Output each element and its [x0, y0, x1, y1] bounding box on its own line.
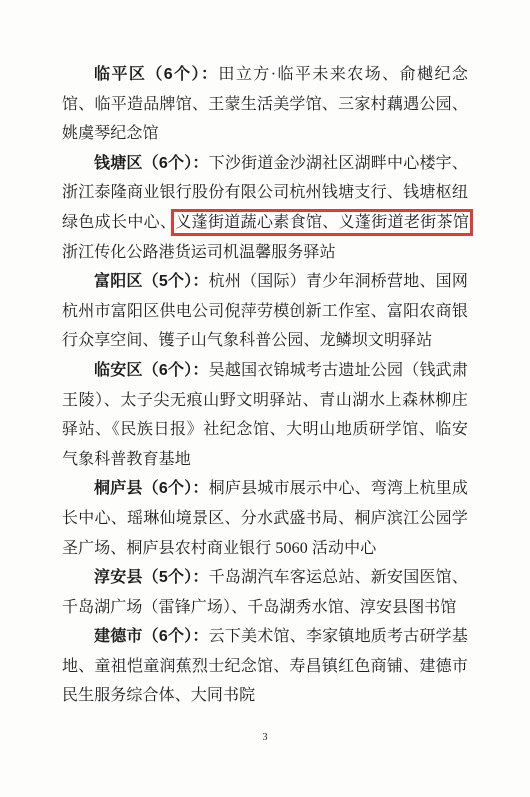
section-fuyang: 富阳区（5个）：杭州（国际）青少年洞桥营地、国网杭州市富阳区供电公司倪萍劳模创新…	[62, 267, 468, 356]
document-page: 临平区（6个）：田立方·临平未来农场、俞樾纪念馆、临平造品牌馆、王蒙生活美学馆、…	[0, 0, 530, 797]
section-header-fuyang: 富阳区（5个）：	[94, 273, 209, 290]
section-header-tonglu: 桐庐县（6个）：	[94, 480, 209, 497]
section-chunan: 淳安县（5个）：千岛湖汽车客运总站、新安国医馆、千岛湖广场（雷锋广场）、千岛湖秀…	[62, 563, 468, 622]
section-header-linping: 临平区（6个）：	[94, 66, 218, 83]
highlighted-text: 义蓬街道蔬心素食馆、义蓬街道老街茶馆	[175, 214, 469, 231]
section-header-chunan: 淳安县（5个）：	[94, 569, 209, 586]
page-number: 3	[0, 732, 530, 743]
highlight-box: 义蓬街道蔬心素食馆、义蓬街道老街茶馆	[171, 209, 473, 236]
section-jiande: 建德市（6个）：云下美术馆、李家镇地质考古研学基地、童祖恺童润蕉烈士纪念馆、寿昌…	[62, 622, 468, 711]
section-linan: 临安区（6个）：吴越国衣锦城考古遗址公园（钱武肃王陵）、太子尖无痕山野文明驿站、…	[62, 356, 468, 474]
section-header-jiande: 建德市（6个）：	[94, 628, 209, 645]
section-linping: 临平区（6个）：田立方·临平未来农场、俞樾纪念馆、临平造品牌馆、王蒙生活美学馆、…	[62, 60, 468, 149]
section-tonglu: 桐庐县（6个）：桐庐县城市展示中心、弯湾上杭里成长中心、瑶琳仙境景区、分水武盛书…	[62, 474, 468, 563]
section-header-qiantang: 钱塘区（6个）：	[94, 155, 209, 172]
section-header-linan: 临安区（6个）：	[94, 362, 209, 379]
document-body: 临平区（6个）：田立方·临平未来农场、俞樾纪念馆、临平造品牌馆、王蒙生活美学馆、…	[62, 60, 468, 711]
section-body-qiantang-after: 浙江传化公路港货运司机温馨服务驿站	[62, 244, 336, 261]
section-qiantang: 钱塘区（6个）：下沙街道金沙湖社区湖畔中心楼宇、浙江泰隆商业银行股份有限公司杭州…	[62, 149, 468, 267]
